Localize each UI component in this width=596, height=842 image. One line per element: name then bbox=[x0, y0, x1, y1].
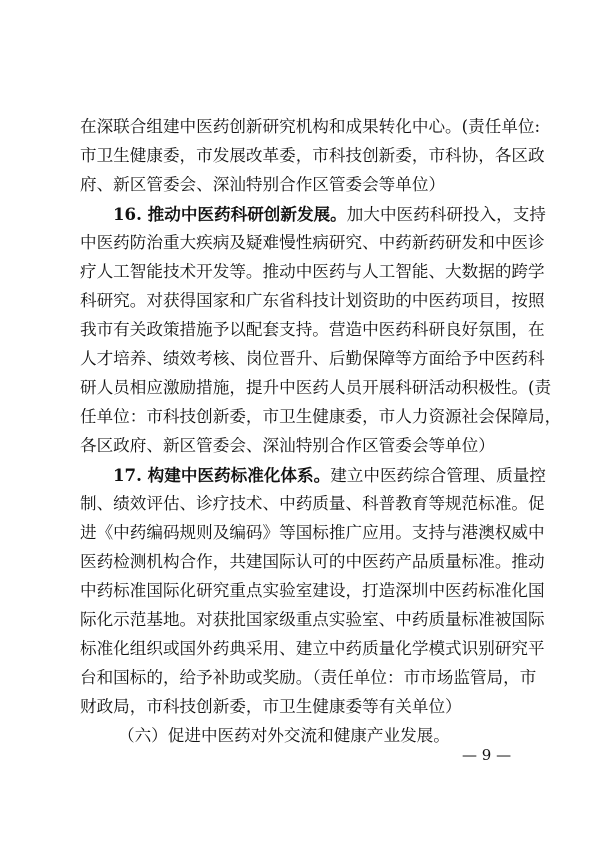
text-line: 进《中药编码规则及编码》等国标推广应用。支持与港澳权威中 bbox=[80, 522, 517, 544]
document-page: 在深联合组建中医药创新研究机构和成果转化中心。(责任单位: 市卫生健康委，市发展… bbox=[0, 0, 596, 842]
text-line: 中医药防治重大疾病及疑难慢性病研究、中药新药研发和中医诊 bbox=[80, 232, 517, 254]
text-line: 台和国标的，给予补助或奖励。（责任单位：市市场监管局，市 bbox=[80, 667, 517, 689]
text-line: 任单位：市科技创新委，市卫生健康委，市人力资源社会保障局， bbox=[80, 406, 517, 428]
text-line: 中药标准国际化研究重点实验室建设，打造深圳中医药标准化国 bbox=[80, 580, 517, 602]
text-line: 各区政府、新区管委会、深汕特别合作区管委会等单位） bbox=[80, 435, 517, 457]
item-16-heading: 16. 推动中医药科研创新发展。 bbox=[113, 204, 347, 224]
text-line: 科研究。对获得国家和广东省科技计划资助的中医药项目，按照 bbox=[80, 290, 517, 312]
text-line: 制、绩效评估、诊疗技术、中药质量、科普教育等规范标准。促 bbox=[80, 493, 517, 515]
text-line: 疗人工智能技术开发等。推动中医药与人工智能、大数据的跨学 bbox=[80, 261, 517, 283]
item-16-text: 加大中医药科研投入，支持 bbox=[347, 205, 546, 224]
text-line: 标准化组织或国外药典采用、建立中药质量化学模式识别研究平 bbox=[80, 638, 517, 660]
text-line: 市卫生健康委，市发展改革委，市科技创新委，市科协，各区政 bbox=[80, 145, 517, 167]
text-line: 府、新区管委会、深汕特别合作区管委会等单位） bbox=[80, 174, 517, 196]
text-line: 医药检测机构合作，共建国际认可的中医药产品质量标准。推动 bbox=[80, 551, 517, 573]
item-17-text: 建立中医药综合管理、质量控 bbox=[330, 466, 546, 485]
text-line: 在深联合组建中医药创新研究机构和成果转化中心。(责任单位: bbox=[80, 116, 517, 138]
item-17-first-line: 17. 构建中医药标准化体系。建立中医药综合管理、质量控 bbox=[113, 464, 517, 486]
item-17-heading: 17. 构建中医药标准化体系。 bbox=[113, 465, 330, 485]
text-line: 我市有关政策措施予以配套支持。营造中医药科研良好氛围，在 bbox=[80, 319, 517, 341]
item-16-first-line: 16. 推动中医药科研创新发展。加大中医药科研投入，支持 bbox=[113, 203, 517, 225]
page-number: — 9 — bbox=[462, 746, 511, 764]
text-line: 际化示范基地。对获批国家级重点实验室、中药质量标准被国际 bbox=[80, 609, 517, 631]
text-line: 人才培养、绩效考核、岗位晋升、后勤保障等方面给予中医药科 bbox=[80, 348, 517, 370]
text-line: 研人员相应激励措施，提升中医药人员开展科研活动积极性。(责 bbox=[80, 377, 517, 399]
text-line: 财政局，市科技创新委，市卫生健康委等有关单位） bbox=[80, 696, 517, 718]
section-heading: （六）促进中医药对外交流和健康产业发展。 bbox=[118, 725, 522, 747]
